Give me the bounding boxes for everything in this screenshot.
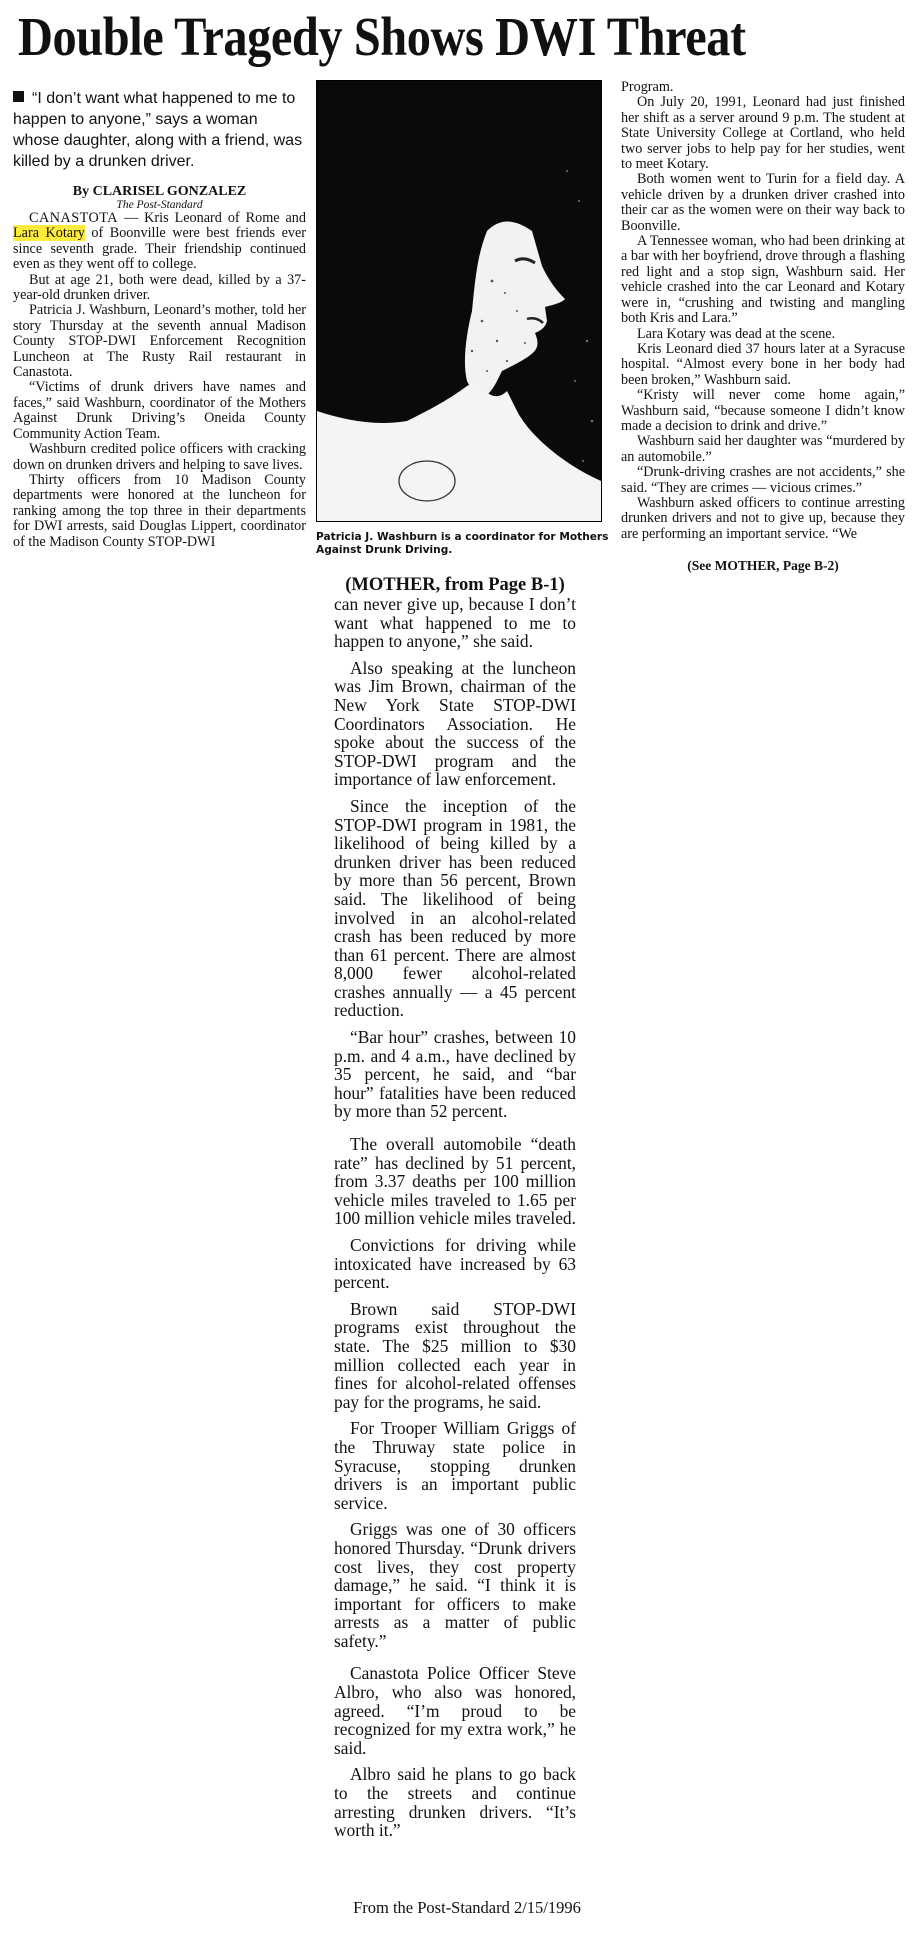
paragraph: “Kristy will never come home again,” Was… <box>621 388 905 434</box>
paragraph: Both women went to Turin for a field day… <box>621 172 905 234</box>
paragraph: Canastota Police Officer Steve Albro, wh… <box>334 1664 576 1757</box>
dateline: CANASTOTA <box>29 210 118 226</box>
right-column: Program. On July 20, 1991, Leonard had j… <box>621 80 905 574</box>
photo-caption: Patricia J. Washburn is a coordinator fo… <box>316 531 616 557</box>
highlighted-name: Lara Kotary <box>13 225 85 241</box>
paragraph: “Drunk-driving crashes are not accidents… <box>621 465 905 496</box>
continuation-column: (MOTHER, from Page B-1) can never give u… <box>334 575 576 1848</box>
paragraph: Albro said he plans to go back to the st… <box>334 1765 576 1839</box>
paragraph: “Bar hour” crashes, between 10 p.m. and … <box>334 1028 576 1121</box>
paragraph: Washburn credited police officers with c… <box>13 442 306 473</box>
paragraph: Patricia J. Washburn, Leonard’s mother, … <box>13 303 306 380</box>
paragraph: Thirty officers from 10 Madison County d… <box>13 473 306 550</box>
portrait-illustration-icon <box>317 81 601 521</box>
paragraph: For Trooper William Griggs of the Thruwa… <box>334 1419 576 1512</box>
deck-text: “I don’t want what happened to me to hap… <box>13 90 302 170</box>
article-headline: Double Tragedy Shows DWI Threat <box>18 6 801 68</box>
paragraph: Convictions for driving while intoxicate… <box>334 1236 576 1292</box>
paragraph: Kris Leonard died 37 hours later at a Sy… <box>621 342 905 388</box>
paragraph: can never give up, because I don’t want … <box>334 595 576 651</box>
paragraph: A Tennessee woman, who had been drinking… <box>621 234 905 326</box>
paragraph: Washburn said her daughter was “murdered… <box>621 434 905 465</box>
paragraph: The overall automobile “death rate” has … <box>334 1135 576 1228</box>
lead-paragraph: CANASTOTA — Kris Leonard of Rome and Lar… <box>13 211 306 273</box>
paragraph: Washburn asked officers to continue arre… <box>621 496 905 542</box>
paragraph: Since the inception of the STOP-DWI prog… <box>334 797 576 1020</box>
deck-summary: “I don’t want what happened to me to hap… <box>13 88 306 172</box>
left-column: “I don’t want what happened to me to hap… <box>13 88 306 550</box>
paragraph: “Victims of drunk drivers have names and… <box>13 380 306 442</box>
byline: By CLARISEL GONZALEZ <box>13 184 306 199</box>
paragraph: Also speaking at the luncheon was Jim Br… <box>334 659 576 789</box>
paragraph: Program. <box>621 80 905 95</box>
portrait-photo <box>316 80 602 522</box>
source-note: From the Post-Standard 2/15/1996 <box>337 1898 597 1918</box>
paragraph: But at age 21, both were dead, killed by… <box>13 273 306 304</box>
square-bullet-icon <box>13 91 24 102</box>
paragraph: Griggs was one of 30 officers honored Th… <box>334 1520 576 1650</box>
jump-head: (MOTHER, from Page B-1) <box>334 575 576 595</box>
paragraph: Brown said STOP-DWI programs exist throu… <box>334 1300 576 1412</box>
jump-line-continued: (See MOTHER, Page B-2) <box>621 558 905 573</box>
paragraph: On July 20, 1991, Leonard had just finis… <box>621 95 905 172</box>
photo-container <box>316 80 600 520</box>
lead-text-before: — Kris Leonard of Rome and <box>118 210 306 226</box>
paragraph: Lara Kotary was dead at the scene. <box>621 327 905 342</box>
